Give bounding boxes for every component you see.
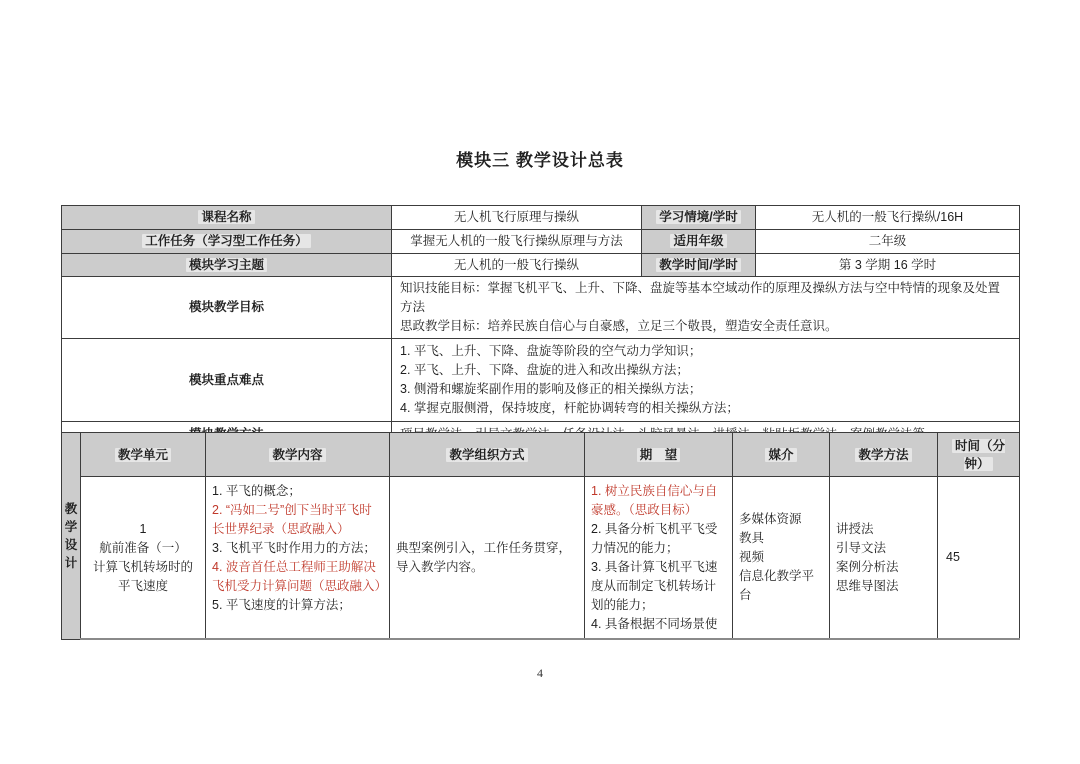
header-teaching-content-text: 教学内容 <box>269 448 325 462</box>
info-row-course: 课程名称 无人机飞行原理与操纵 学习情境/学时 无人机的一般飞行操纵/16H <box>62 206 1020 230</box>
content-item: 3. 飞机平飞时作用力的方法； <box>212 539 383 558</box>
info-row-task: 工作任务（学习型工作任务） 掌握无人机的一般飞行操纵原理与方法 适用年级 二年级 <box>62 230 1020 254</box>
course-name-label-text: 课程名称 <box>198 210 254 224</box>
header-expectation: 期 望 <box>585 433 733 477</box>
course-name-label: 课程名称 <box>62 206 392 230</box>
content-item: 1. 平飞的概念； <box>212 482 383 501</box>
module-info-table: 课程名称 无人机飞行原理与操纵 学习情境/学时 无人机的一般飞行操纵/16H 工… <box>61 205 1020 447</box>
course-name-value: 无人机飞行原理与操纵 <box>392 206 642 230</box>
key-points-label: 模块重点难点 <box>62 339 392 422</box>
work-task-label: 工作任务（学习型工作任务） <box>62 230 392 254</box>
teaching-method-cell: 讲授法 引导文法 案例分析法 思维导图法 <box>830 477 938 640</box>
key-point-item: 4. 掌握克服侧滑，保持坡度，杆舵协调转弯的相关操纵方法； <box>400 399 1011 418</box>
key-point-item: 3. 侧滑和螺旋桨副作用的影响及修正的相关操纵方法； <box>400 380 1011 399</box>
expectation-item: 4. 具备根据不同场景使 <box>591 615 726 634</box>
teaching-time-value: 第 3 学期 16 学时 <box>756 254 1020 277</box>
module-theme-label: 模块学习主题 <box>62 254 392 277</box>
document-page: 模块三 教学设计总表 课程名称 无人机飞行原理与操纵 学习情境/学时 无人机的一… <box>0 0 1080 764</box>
teaching-time-label-text: 教学时间/学时 <box>656 258 740 272</box>
module-theme-value: 无人机的一般飞行操纵 <box>392 254 642 277</box>
expectation-item-ideology: 1. 树立民族自信心与自豪感。（思政目标） <box>591 482 726 520</box>
info-row-goals: 模块教学目标 知识技能目标：掌握飞机平飞、上升、下降、盘旋等基本空域动作的原理及… <box>62 277 1020 339</box>
header-organization-text: 教学组织方式 <box>446 448 527 462</box>
header-organization: 教学组织方式 <box>390 433 585 477</box>
expectation-item: 3. 具备计算飞机平飞速度从而制定飞机转场计划的能力； <box>591 558 726 615</box>
key-point-item: 1. 平飞、上升、下降、盘旋等阶段的空气动力学知识； <box>400 342 1011 361</box>
expectation-cell: 1. 树立民族自信心与自豪感。（思政目标） 2. 具备分析飞机平飞受力情况的能力… <box>585 477 733 640</box>
header-media: 媒介 <box>733 433 830 477</box>
content-item-ideology: 4. 波音首任总工程师王助解决飞机受力计算问题（思政融入） <box>212 558 383 596</box>
teaching-design-table: 教 学 设 计 教学单元 教学内容 教学组织方式 期 望 媒介 教学方法 时间（… <box>61 432 1020 640</box>
work-task-label-text: 工作任务（学习型工作任务） <box>142 234 311 248</box>
header-time-minutes-text: 时间（分钟） <box>952 439 1005 471</box>
learning-context-label-text: 学习情境/学时 <box>656 210 740 224</box>
header-teaching-method: 教学方法 <box>830 433 938 477</box>
info-row-theme: 模块学习主题 无人机的一般飞行操纵 教学时间/学时 第 3 学期 16 学时 <box>62 254 1020 277</box>
grade-label-text: 适用年级 <box>670 234 726 248</box>
key-points-content: 1. 平飞、上升、下降、盘旋等阶段的空气动力学知识； 2. 平飞、上升、下降、盘… <box>392 339 1020 422</box>
module-theme-label-text: 模块学习主题 <box>186 258 267 272</box>
content-cell: 1. 平飞的概念； 2. “冯如二号”创下当时平飞时长世界纪录（思政融入） 3.… <box>206 477 390 640</box>
goal-knowledge-line: 知识技能目标：掌握飞机平飞、上升、下降、盘旋等基本空域动作的原理及操纵方法与空中… <box>400 279 1011 317</box>
page-number: 4 <box>0 666 1080 681</box>
learning-context-label: 学习情境/学时 <box>642 206 756 230</box>
teaching-time-label: 教学时间/学时 <box>642 254 756 277</box>
header-expectation-text: 期 望 <box>637 448 681 462</box>
work-task-value: 掌握无人机的一般飞行操纵原理与方法 <box>392 230 642 254</box>
learning-context-value: 无人机的一般飞行操纵/16H <box>756 206 1020 230</box>
module-goal-content: 知识技能目标：掌握飞机平飞、上升、下降、盘旋等基本空域动作的原理及操纵方法与空中… <box>392 277 1020 339</box>
design-header-row: 教 学 设 计 教学单元 教学内容 教学组织方式 期 望 媒介 教学方法 时间（… <box>62 433 1020 477</box>
header-teaching-unit: 教学单元 <box>81 433 206 477</box>
content-item: 5. 平飞速度的计算方法； <box>212 596 383 615</box>
goal-ideology-line: 思政教学目标：培养民族自信心与自豪感，立足三个敬畏，塑造安全责任意识。 <box>400 317 1011 336</box>
media-cell: 多媒体资源 教具 视频 信息化教学平台 <box>733 477 830 640</box>
design-side-label: 教 学 设 计 <box>62 433 81 640</box>
info-row-keypoints: 模块重点难点 1. 平飞、上升、下降、盘旋等阶段的空气动力学知识； 2. 平飞、… <box>62 339 1020 422</box>
document-title: 模块三 教学设计总表 <box>0 146 1080 171</box>
unit-cell: 1 航前准备（一） 计算飞机转场时的 平飞速度 <box>81 477 206 640</box>
grade-value: 二年级 <box>756 230 1020 254</box>
organization-cell: 典型案例引入，工作任务贯穿，导入教学内容。 <box>390 477 585 640</box>
design-data-row: 1 航前准备（一） 计算飞机转场时的 平飞速度 1. 平飞的概念； 2. “冯如… <box>62 477 1020 640</box>
grade-label: 适用年级 <box>642 230 756 254</box>
time-cell: 45 <box>938 477 1020 640</box>
module-goal-label: 模块教学目标 <box>62 277 392 339</box>
content-item-ideology: 2. “冯如二号”创下当时平飞时长世界纪录（思政融入） <box>212 501 383 539</box>
header-time-minutes: 时间（分钟） <box>938 433 1020 477</box>
key-point-item: 2. 平飞、上升、下降、盘旋的进入和改出操纵方法； <box>400 361 1011 380</box>
expectation-item: 2. 具备分析飞机平飞受力情况的能力； <box>591 520 726 558</box>
header-media-text: 媒介 <box>765 448 796 462</box>
header-teaching-content: 教学内容 <box>206 433 390 477</box>
header-teaching-unit-text: 教学单元 <box>115 448 171 462</box>
header-teaching-method-text: 教学方法 <box>855 448 911 462</box>
